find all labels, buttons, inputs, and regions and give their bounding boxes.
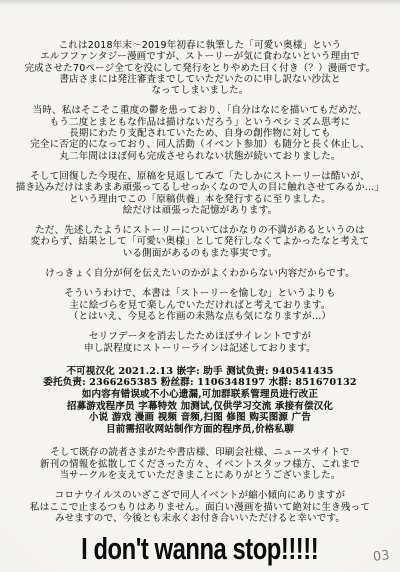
afterword-paragraph-1: これは2018年末～2019年初春に執筆した「可愛い奥様」という エルフファンタ… [0,40,400,96]
afterword-paragraph-9: コロナウイルスのいざこざで同人イベントが縮小傾向にありますが 私はここで止まるつ… [0,490,400,524]
afterword-paragraph-6: そういうわけで、本書は「ストーリーを愉しむ」というよりも 主に絵づらを見て楽しん… [0,288,400,322]
afterword-paragraph-8: そして既存の読者さまがたや書店様、印刷会社様、ニュースサイトで 新刊の情報を拡散… [0,447,400,481]
scanlation-credits-block: 不可视汉化 2021.2.13 嵌字: 助手 测试负责: 940541435 委… [0,366,400,436]
afterword-paragraph-7: セリフデータを消去したためほぼサイレントですが 申し訳程度にストーリーラインは記… [0,331,400,354]
afterword-paragraph-5: けっきょく自分が何を伝えたいのかがよくわからない内容だからです。 [0,268,400,279]
closing-line: I don't wanna stop!!!!! [81,532,318,567]
scanned-afterword-page: これは2018年末～2019年初春に執筆した「可愛い奥様」という エルフファンタ… [0,0,400,572]
afterword-body: これは2018年末～2019年初春に執筆した「可愛い奥様」という エルフファンタ… [0,40,400,565]
afterword-paragraph-4: ただ、先述したようにストーリーについてはかなりの不満があるというのは 変わらず、… [0,225,400,259]
afterword-paragraph-3: そして回復した今現在、原稿を見返してみて「たしかにストーリーは酷いが、 描き込み… [0,171,400,216]
page-number: 03 [373,548,391,565]
closing-line-wrapper: I don't wanna stop!!!!! [0,534,400,565]
afterword-paragraph-2: 当時、私はそこそこ重度の鬱を患っており、「自分はなにを描いてもだめだ、 もう二度… [0,105,400,161]
